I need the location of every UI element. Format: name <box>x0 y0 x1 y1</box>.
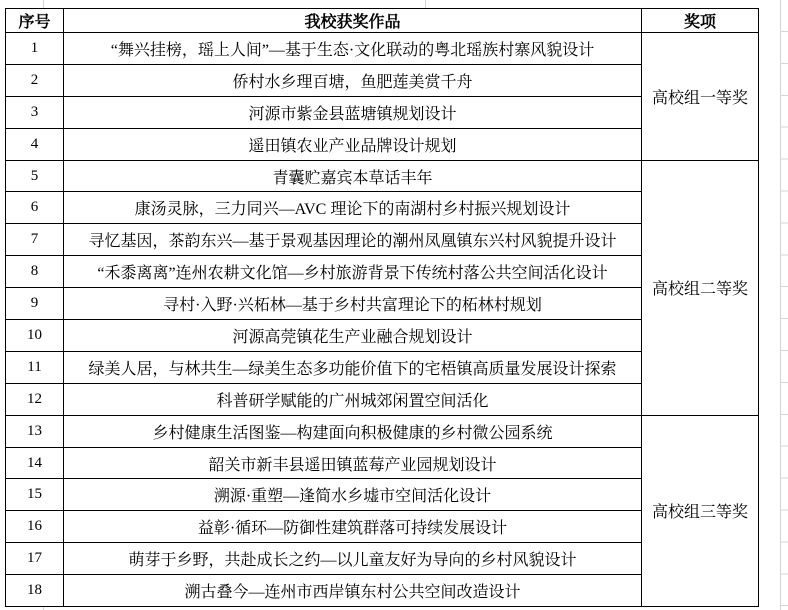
work-title-cell[interactable]: 科普研学赋能的广州城郊闲置空间活化 <box>64 383 642 415</box>
header-award[interactable]: 奖项 <box>642 9 759 33</box>
award-cell[interactable]: 高校组一等奖 <box>642 33 759 161</box>
header-serial-number[interactable]: 序号 <box>6 9 64 33</box>
serial-number-cell[interactable]: 11 <box>6 351 64 383</box>
serial-number-cell[interactable]: 1 <box>6 33 64 65</box>
serial-number-cell[interactable]: 16 <box>6 511 64 543</box>
work-title-cell[interactable]: 萌芽于乡野，共赴成长之约—以儿童友好为导向的乡村风貌设计 <box>64 543 642 575</box>
serial-number-cell[interactable]: 8 <box>6 256 64 288</box>
serial-number-cell[interactable]: 2 <box>6 64 64 96</box>
serial-number-cell[interactable]: 14 <box>6 447 64 479</box>
serial-number-cell[interactable]: 10 <box>6 320 64 352</box>
table-row: 13乡村健康生活图鉴—构建面向积极健康的乡村微公园系统高校组三等奖 <box>6 415 759 447</box>
serial-number-cell[interactable]: 5 <box>6 160 64 192</box>
gridline-fragment-top-mid <box>425 0 426 8</box>
gridline-fragment-top-left <box>43 0 44 8</box>
work-title-cell[interactable]: 寻忆基因，茶韵东兴—基于景观基因理论的潮州凤凰镇东兴村风貌提升设计 <box>64 224 642 256</box>
award-cell[interactable]: 高校组三等奖 <box>642 415 759 606</box>
work-title-cell[interactable]: 遥田镇农业产业品牌设计规划 <box>64 128 642 160</box>
table-row: 5青囊贮嘉宾本草话丰年高校组二等奖 <box>6 160 759 192</box>
work-title-cell[interactable]: 河源市紫金县蓝塘镇规划设计 <box>64 96 642 128</box>
award-cell[interactable]: 高校组二等奖 <box>642 160 759 415</box>
work-title-cell[interactable]: 青囊贮嘉宾本草话丰年 <box>64 160 642 192</box>
header-row: 序号 我校获奖作品 奖项 <box>6 9 759 33</box>
work-title-cell[interactable]: 绿美人居，与林共生—绿美生态多功能价值下的宅梧镇高质量发展设计探索 <box>64 351 642 383</box>
serial-number-cell[interactable]: 12 <box>6 383 64 415</box>
awards-table-body: 1“舞兴挂榜，瑶上人间”—基于生态·文化联动的粤北瑶族村寨风貌设计高校组一等奖2… <box>6 33 759 607</box>
awards-table: 序号 我校获奖作品 奖项 1“舞兴挂榜，瑶上人间”—基于生态·文化联动的粤北瑶族… <box>5 8 759 607</box>
work-title-cell[interactable]: “禾黍离离”连州农耕文化馆—乡村旅游背景下传统村落公共空间活化设计 <box>64 256 642 288</box>
serial-number-cell[interactable]: 17 <box>6 543 64 575</box>
work-title-cell[interactable]: “舞兴挂榜，瑶上人间”—基于生态·文化联动的粤北瑶族村寨风貌设计 <box>64 33 642 65</box>
serial-number-cell[interactable]: 3 <box>6 96 64 128</box>
gridline-rows-right-margin <box>781 31 788 610</box>
serial-number-cell[interactable]: 4 <box>6 128 64 160</box>
serial-number-cell[interactable]: 7 <box>6 224 64 256</box>
header-winning-works[interactable]: 我校获奖作品 <box>64 9 642 33</box>
serial-number-cell[interactable]: 9 <box>6 288 64 320</box>
work-title-cell[interactable]: 河源高莞镇花生产业融合规划设计 <box>64 320 642 352</box>
serial-number-cell[interactable]: 6 <box>6 192 64 224</box>
work-title-cell[interactable]: 溯古叠今—连州市西岸镇东村公共空间改造设计 <box>64 575 642 607</box>
awards-table-header: 序号 我校获奖作品 奖项 <box>6 9 759 33</box>
work-title-cell[interactable]: 益彰·循环—防御性建筑群落可持续发展设计 <box>64 511 642 543</box>
work-title-cell[interactable]: 乡村健康生活图鉴—构建面向积极健康的乡村微公园系统 <box>64 415 642 447</box>
work-title-cell[interactable]: 寻村·入野·兴柘林—基于乡村共富理论下的柘林村规划 <box>64 288 642 320</box>
table-row: 1“舞兴挂榜，瑶上人间”—基于生态·文化联动的粤北瑶族村寨风貌设计高校组一等奖 <box>6 33 759 65</box>
serial-number-cell[interactable]: 18 <box>6 575 64 607</box>
serial-number-cell[interactable]: 15 <box>6 479 64 511</box>
work-title-cell[interactable]: 溯源·重塑—逢简水乡墟市空间活化设计 <box>64 479 642 511</box>
work-title-cell[interactable]: 侨村水乡理百塘，鱼肥莲美赏千舟 <box>64 64 642 96</box>
serial-number-cell[interactable]: 13 <box>6 415 64 447</box>
work-title-cell[interactable]: 韶关市新丰县遥田镇蓝莓产业园规划设计 <box>64 447 642 479</box>
work-title-cell[interactable]: 康汤灵脉，三力同兴—AVC 理论下的南湖村乡村振兴规划设计 <box>64 192 642 224</box>
